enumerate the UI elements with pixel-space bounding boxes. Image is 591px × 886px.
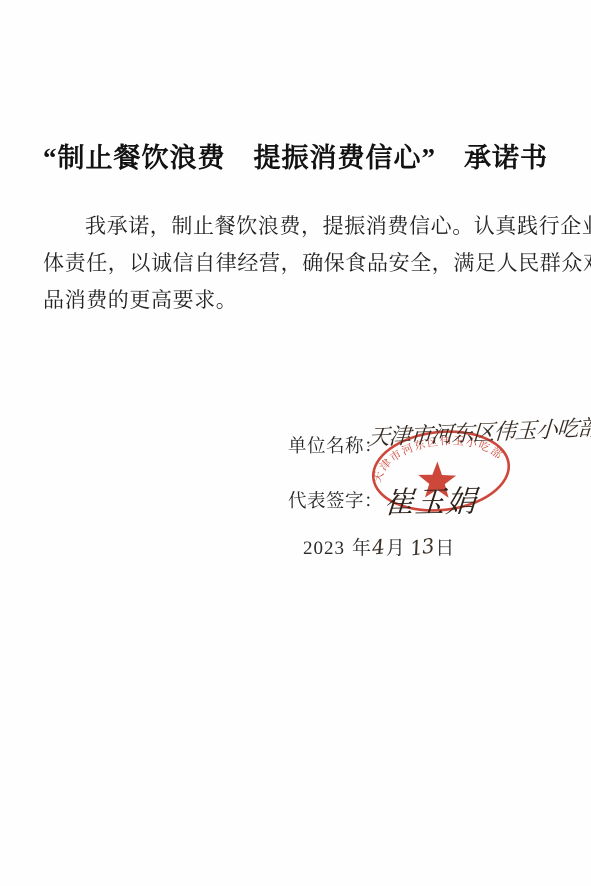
pledge-line-2: 体责任，以诚信自律经营，确保食品安全，满足人民群众对食: [43, 245, 553, 282]
date-year-printed: 2023: [303, 538, 345, 560]
document-title: “制止餐饮浪费 提振消费信心” 承诺书: [0, 136, 591, 175]
representative-signature-handwritten: 崔玉娟: [382, 476, 478, 522]
date-line: 2023年4月13日: [303, 533, 454, 560]
scanned-pledge-document: “制止餐饮浪费 提振消费信心” 承诺书 我承诺，制止餐饮浪费，提振消费信心。认真…: [0, 0, 591, 886]
date-year-unit: 年: [352, 533, 371, 560]
date-day-handwritten: 13: [408, 533, 435, 560]
date-month-unit: 月: [386, 533, 405, 560]
pledge-line-1: 我承诺，制止餐饮浪费，提振消费信心。认真践行企业主: [43, 208, 553, 245]
date-month-handwritten: 4: [371, 534, 386, 559]
pledge-line-3: 品消费的更高要求。: [43, 282, 553, 319]
pledge-paragraph: 我承诺，制止餐饮浪费，提振消费信心。认真践行企业主 体责任，以诚信自律经营，确保…: [43, 208, 553, 319]
date-day-unit: 日: [435, 533, 454, 560]
